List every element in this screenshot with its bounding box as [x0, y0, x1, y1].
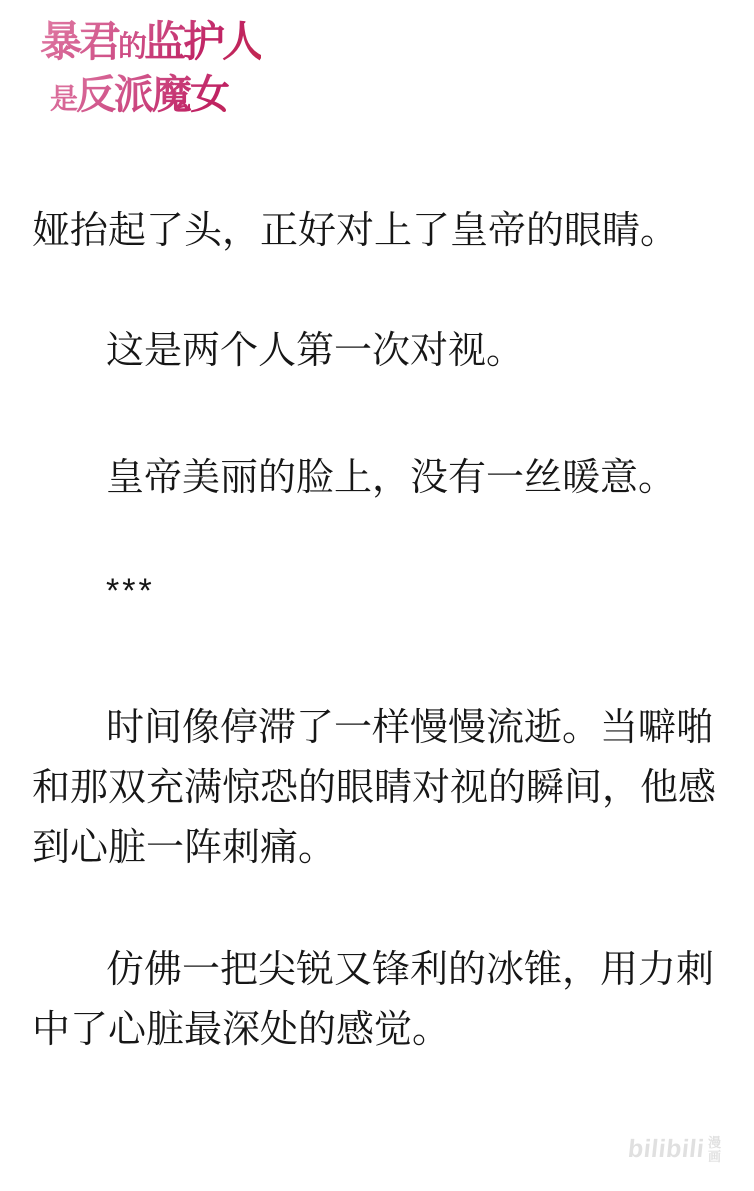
novel-text-line: 皇帝美丽的脸上，没有一丝暖意。 [32, 448, 732, 508]
novel-reader-page: 暴君的监护人 是反派魔女 娅抬起了头，正好对上了皇帝的眼睛。 这是两个人第一次对… [0, 0, 754, 1191]
paragraph-4: 时间像停滞了一样慢慢流逝。当噼啪 和那双充满惊恐的眼睛对视的瞬间，他感 到心脏一… [32, 698, 732, 878]
series-title-line2-part2: 反派魔女 [76, 72, 228, 117]
paragraph-1: 娅抬起了头，正好对上了皇帝的眼睛。 [32, 201, 732, 261]
novel-text-line: 和那双充满惊恐的眼睛对视的瞬间，他感 [32, 758, 732, 818]
novel-text-line: 到心脏一阵刺痛。 [32, 818, 732, 878]
paragraph-3: 皇帝美丽的脸上，没有一丝暖意。 [32, 448, 732, 508]
series-title-line1-part2: 的 [118, 31, 144, 63]
series-title-line1: 暴君的监护人 [40, 18, 261, 72]
scene-divider: *** [32, 561, 732, 621]
bilibili-logo-text: bilibili [626, 1135, 705, 1164]
manga-label: 漫 画 [708, 1136, 721, 1164]
series-title-line1-part3: 监护人 [144, 20, 261, 66]
series-title-line1-part1: 暴君 [40, 20, 118, 66]
series-title-line2-part1: 是 [50, 84, 76, 115]
novel-text-line: 中了心脏最深处的感觉。 [32, 1000, 732, 1060]
series-title-logo: 暴君的监护人 是反派魔女 [40, 18, 261, 123]
novel-text-line: 仿佛一把尖锐又锋利的冰锥，用力刺 [32, 940, 732, 1000]
novel-text-body: 娅抬起了头，正好对上了皇帝的眼睛。 这是两个人第一次对视。 皇帝美丽的脸上，没有… [32, 201, 732, 1060]
novel-text-line: 这是两个人第一次对视。 [32, 321, 732, 381]
novel-text-line: 娅抬起了头，正好对上了皇帝的眼睛。 [32, 201, 732, 261]
bilibili-manga-watermark: bilibili 漫 画 [628, 1135, 721, 1164]
paragraph-2: 这是两个人第一次对视。 [32, 321, 732, 381]
paragraph-5: 仿佛一把尖锐又锋利的冰锥，用力刺 中了心脏最深处的感觉。 [32, 940, 732, 1060]
manga-label-top: 漫 [708, 1136, 721, 1150]
manga-label-bottom: 画 [708, 1150, 721, 1164]
scene-divider-stars: *** [32, 561, 732, 621]
series-title-line2: 是反派魔女 [40, 72, 261, 123]
novel-text-line: 时间像停滞了一样慢慢流逝。当噼啪 [32, 698, 732, 758]
